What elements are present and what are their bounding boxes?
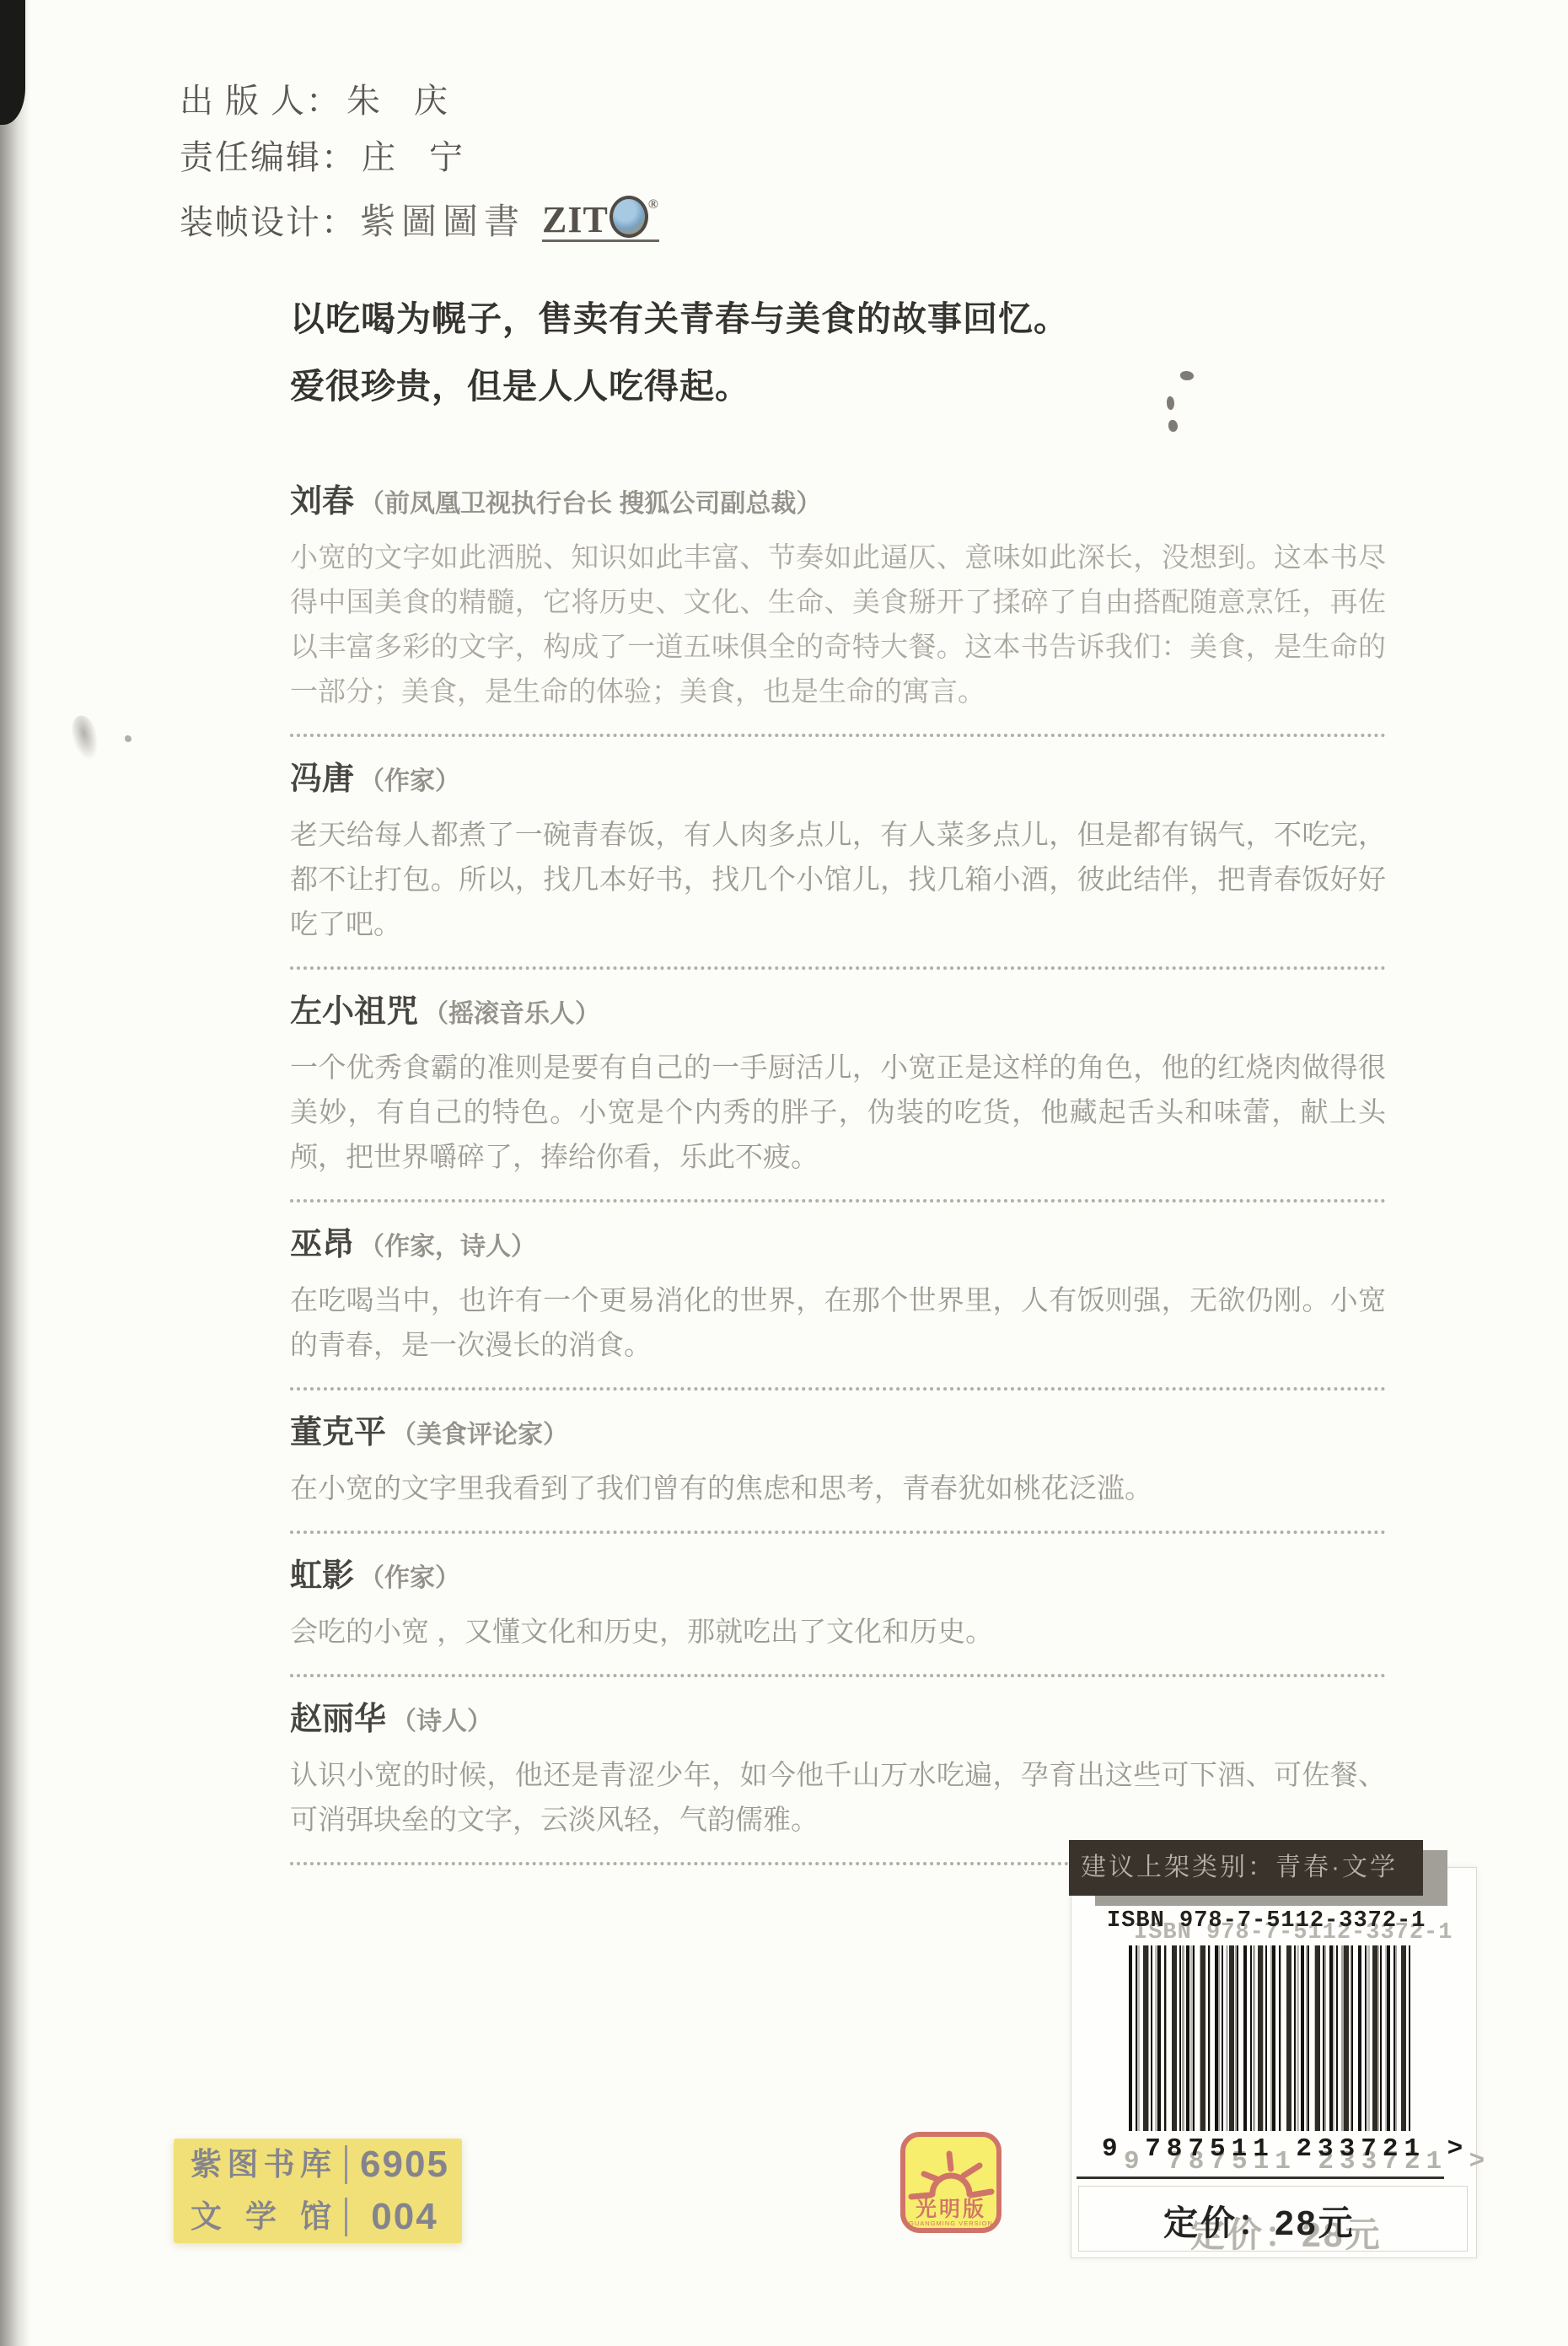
library-label: 紫图书库 6905 文学馆 004: [174, 2139, 462, 2243]
shelf-category-band: 建议上架类别：青春·文学: [1069, 1840, 1423, 1896]
colophon: 出 版 人：朱 庆 责任编辑：庄 宁 装帧设计：紫圖圖書 ZIT®: [180, 73, 659, 242]
guangming-edition-stamp: 光明版 GUANGMING VERSION: [899, 2130, 1003, 2235]
quote-author: 左小祖咒: [290, 994, 418, 1030]
registered-trademark-icon: ®: [648, 197, 659, 212]
quote-author: 虹影: [290, 1558, 354, 1594]
quote-author: 赵丽华: [290, 1702, 386, 1737]
quote-author-title: （美食评论家）: [391, 1421, 568, 1449]
publisher-row: 出 版 人：朱 庆: [180, 73, 659, 129]
library-series-code: 6905: [347, 2144, 462, 2186]
quote-text: 小宽的文字如此洒脱、知识如此丰富、节奏如此逼仄、意味如此深长，没想到。这本书尽得…: [290, 535, 1386, 713]
sticker-divider: [1077, 2177, 1444, 2179]
price-box: 定价：28元 定价：28元: [1078, 2186, 1468, 2252]
scan-artifact: [1168, 420, 1178, 432]
quote-heading: 巫昂（作家，诗人）: [290, 1226, 1386, 1266]
endorsement-list: 刘春（前凤凰卫视执行台长 搜狐公司副总裁） 小宽的文字如此洒脱、知识如此丰富、节…: [290, 460, 1386, 1865]
editor-row: 责任编辑：庄 宁: [180, 129, 659, 186]
scan-artifact: [67, 713, 103, 763]
publisher-label: 出 版 人：: [180, 82, 341, 120]
stamp-subtext: GUANGMING VERSION: [909, 2220, 993, 2227]
zito-logo-text: ZIT: [542, 199, 609, 240]
barcode-sticker: 建议上架类别：青春·文学 ISBN 978-7-5112-3372-1 ISBN…: [1071, 1867, 1477, 2258]
globe-icon: [609, 196, 648, 238]
quote-author-title: （诗人）: [391, 1708, 492, 1735]
quote-heading: 虹影（作家）: [290, 1558, 1386, 1597]
quote-author-title: （作家，诗人）: [359, 1233, 536, 1261]
tagline-line1: 以吃喝为幌子，售卖有关青春与美食的故事回忆。: [290, 285, 1069, 352]
zito-logo: ZIT®: [542, 186, 659, 242]
barcode-number: 9 787511 233721 >: [1102, 2134, 1469, 2164]
ean13-barcode: [1129, 1945, 1412, 2131]
quote-author: 刘春: [290, 484, 354, 519]
zito-seal-text: 紫圖圖書: [360, 203, 525, 242]
quote-author: 冯唐: [290, 761, 354, 797]
library-category-code: 004: [347, 2196, 462, 2238]
library-category-name: 文学馆: [174, 2198, 347, 2236]
quote-heading: 赵丽华（诗人）: [290, 1701, 1386, 1741]
book-back-cover-scan: 出 版 人：朱 庆 责任编辑：庄 宁 装帧设计：紫圖圖書 ZIT® 以吃喝为幌子…: [0, 0, 1568, 2346]
quote-author-title: （摇滚音乐人）: [423, 1000, 600, 1028]
endorsement-quote: 刘春（前凤凰卫视执行台长 搜狐公司副总裁） 小宽的文字如此洒脱、知识如此丰富、节…: [290, 460, 1386, 737]
quote-author: 巫昂: [290, 1227, 354, 1262]
quote-text: 在吃喝当中，也许有一个更易消化的世界，在那个世界里，人有饭则强，无欲仍刚。小宽的…: [290, 1278, 1386, 1367]
price-text: 定价：28元: [1163, 2195, 1356, 2245]
design-row: 装帧设计：紫圖圖書 ZIT®: [180, 186, 659, 242]
scan-edge-shadow: [0, 0, 30, 2346]
editor-value: 庄 宁: [362, 138, 463, 176]
quote-text: 会吃的小宽 ，又懂文化和历史，那就吃出了文化和历史。: [290, 1609, 1386, 1654]
quote-heading: 董克平（美食评论家）: [290, 1414, 1386, 1454]
endorsement-quote: 董克平（美食评论家） 在小宽的文字里我看到了我们曾有的焦虑和思考，青春犹如桃花泛…: [290, 1391, 1386, 1534]
quote-heading: 刘春（前凤凰卫视执行台长 搜狐公司副总裁）: [290, 483, 1386, 523]
quote-text: 认识小宽的时候，他还是青涩少年，如今他千山万水吃遍，孕育出这些可下酒、可佐餐、可…: [290, 1752, 1386, 1842]
scan-artifact: [1180, 371, 1194, 380]
tagline-line2: 爱很珍贵，但是人人吃得起。: [290, 352, 1069, 420]
tagline: 以吃喝为幌子，售卖有关青春与美食的故事回忆。 爱很珍贵，但是人人吃得起。: [290, 285, 1069, 420]
publisher-value: 朱 庆: [346, 82, 448, 120]
scan-artifact: [1167, 396, 1174, 410]
quote-text: 老天给每人都煮了一碗青春饭，有人肉多点儿，有人菜多点儿，但是都有锅气，不吃完，都…: [290, 812, 1386, 946]
quote-heading: 左小祖咒（摇滚音乐人）: [290, 993, 1386, 1033]
library-series-name: 紫图书库: [174, 2145, 347, 2184]
quote-text: 一个优秀食霸的准则是要有自己的一手厨活儿，小宽正是这样的角色，他的红烧肉做得很美…: [290, 1045, 1386, 1179]
endorsement-quote: 冯唐（作家） 老天给每人都煮了一碗青春饭，有人肉多点儿，有人菜多点儿，但是都有锅…: [290, 737, 1386, 970]
quote-author-title: （前凤凰卫视执行台长 搜狐公司副总裁）: [359, 490, 821, 518]
quote-text: 在小宽的文字里我看到了我们曾有的焦虑和思考，青春犹如桃花泛滥。: [290, 1466, 1386, 1510]
scan-artifact: [125, 735, 132, 742]
editor-label: 责任编辑：: [180, 138, 357, 176]
design-label: 装帧设计：: [180, 203, 357, 241]
quote-author-title: （作家）: [359, 1564, 460, 1592]
quote-author: 董克平: [290, 1415, 386, 1450]
quote-author-title: （作家）: [359, 767, 460, 795]
quote-heading: 冯唐（作家）: [290, 761, 1386, 800]
scan-corner-shadow: [0, 0, 25, 125]
endorsement-quote: 左小祖咒（摇滚音乐人） 一个优秀食霸的准则是要有自己的一手厨活儿，小宽正是这样的…: [290, 970, 1386, 1203]
endorsement-quote: 赵丽华（诗人） 认识小宽的时候，他还是青涩少年，如今他千山万水吃遍，孕育出这些可…: [290, 1677, 1386, 1865]
sunrise-stamp-icon: 光明版 GUANGMING VERSION: [899, 2130, 1003, 2235]
endorsement-quote: 虹影（作家） 会吃的小宽 ，又懂文化和历史，那就吃出了文化和历史。: [290, 1534, 1386, 1677]
endorsement-quote: 巫昂（作家，诗人） 在吃喝当中，也许有一个更易消化的世界，在那个世界里，人有饭则…: [290, 1203, 1386, 1391]
isbn-text: ISBN 978-7-5112-3372-1: [1107, 1908, 1426, 1934]
stamp-text: 光明版: [916, 2198, 986, 2221]
